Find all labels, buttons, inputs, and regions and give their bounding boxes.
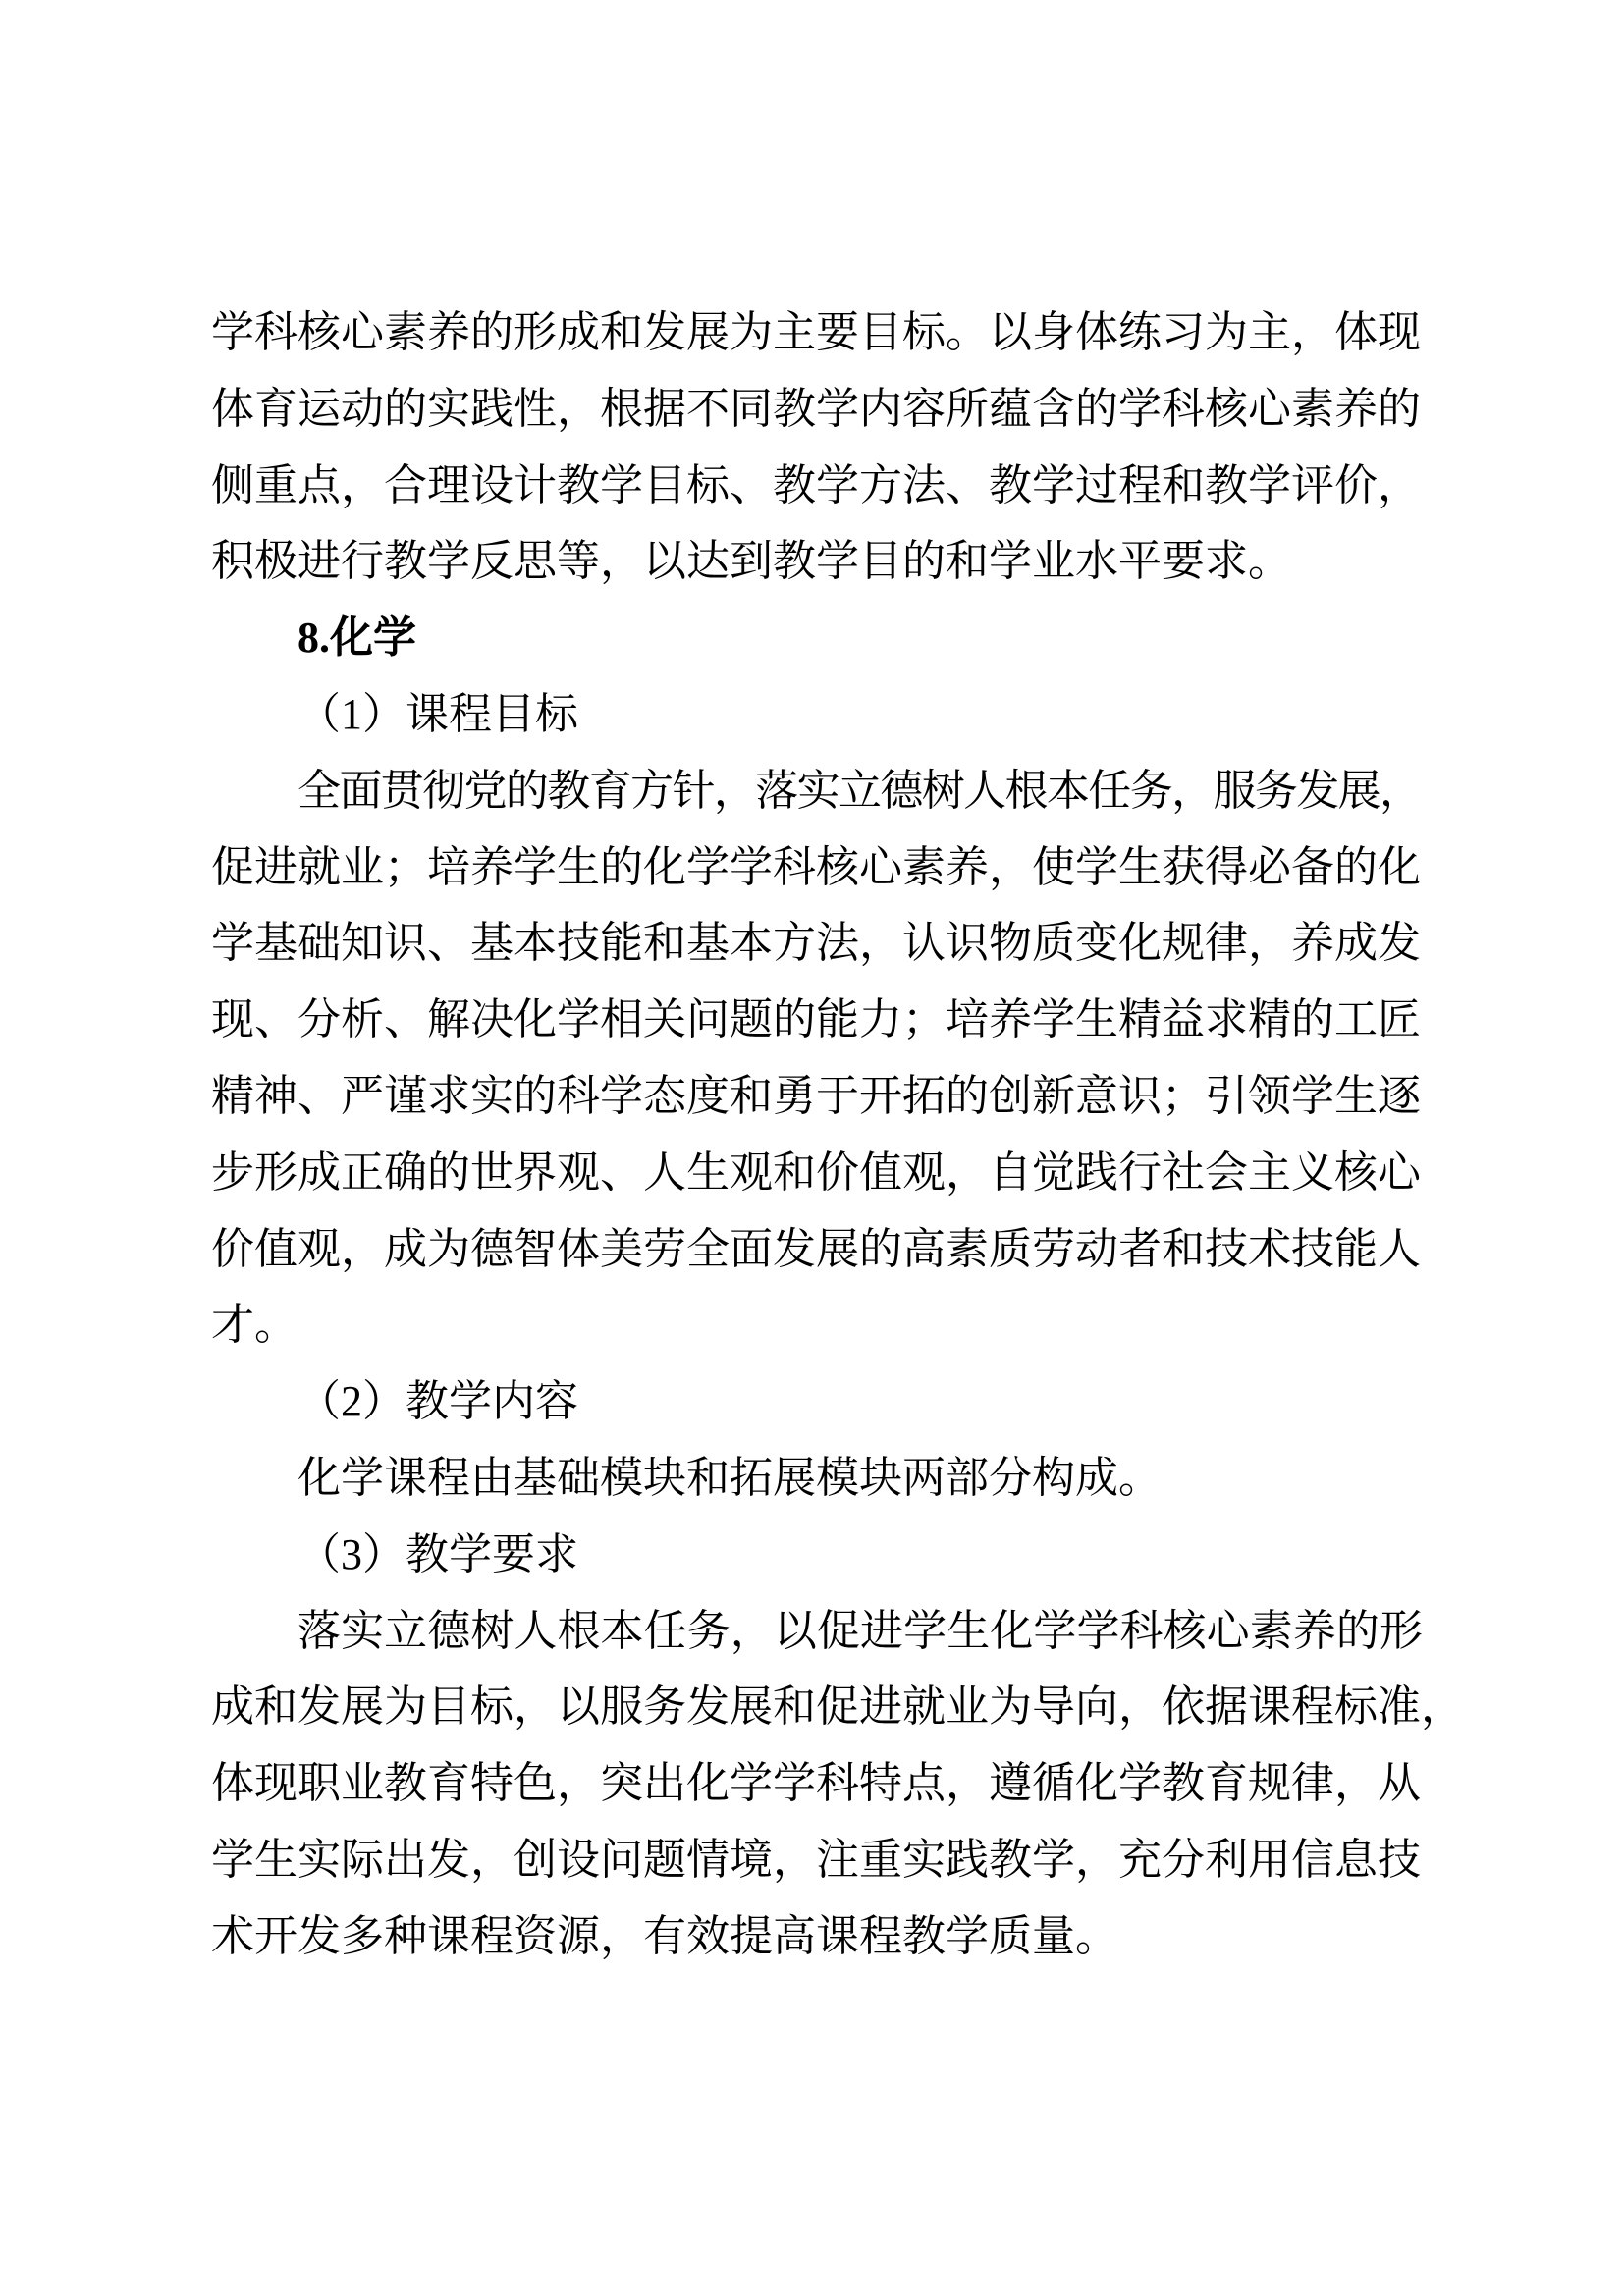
subsection-title-text: （1）课程目标 [211,676,1421,753]
text-line: 侧重点，合理设计教学目标、教学方法、教学过程和教学评价， [211,448,1421,524]
paragraph: 全面贯彻党的教育方针，落实立德树人根本任务，服务发展， 促进就业；培养学生的化学… [211,753,1421,1363]
text-line: 学科核心素养的形成和发展为主要目标。以身体练习为主，体现 [211,294,1421,371]
text-line: 步形成正确的世界观、人生观和价值观，自觉践行社会主义核心 [211,1135,1421,1211]
text-line: 促进就业；培养学生的化学学科核心素养，使学生获得必备的化 [211,829,1421,906]
section-heading-text: 8.化学 [211,600,1421,676]
text-line: 成和发展为目标，以服务发展和促进就业为导向，依据课程标准， [211,1669,1421,1745]
text-line: 积极进行教学反思等，以达到教学目的和学业水平要求。 [211,523,1421,600]
subsection-title: （1）课程目标 [211,676,1421,753]
text-line: 体育运动的实践性，根据不同教学内容所蕴含的学科核心素养的 [211,371,1421,448]
subsection-title-text: （2）教学内容 [211,1363,1421,1440]
text-line: 术开发多种课程资源，有效提高课程教学质量。 [211,1898,1421,1975]
subsection-title: （3）教学要求 [211,1517,1421,1593]
text-line: 现、分析、解决化学相关问题的能力；培养学生精益求精的工匠 [211,982,1421,1058]
document-page: 学科核心素养的形成和发展为主要目标。以身体练习为主，体现 体育运动的实践性，根据… [0,0,1624,2296]
paragraph: 化学课程由基础模块和拓展模块两部分构成。 [211,1440,1421,1517]
text-line: 价值观，成为德智体美劳全面发展的高素质劳动者和技术技能人 [211,1211,1421,1288]
text-line: 体现职业教育特色，突出化学学科特点，遵循化学教育规律，从 [211,1745,1421,1822]
text-line: 学基础知识、基本技能和基本方法，认识物质变化规律，养成发 [211,905,1421,982]
text-block: 学科核心素养的形成和发展为主要目标。以身体练习为主，体现 体育运动的实践性，根据… [211,294,1421,1975]
text-line: 全面贯彻党的教育方针，落实立德树人根本任务，服务发展， [211,753,1421,829]
paragraph: 学科核心素养的形成和发展为主要目标。以身体练习为主，体现 体育运动的实践性，根据… [211,294,1421,600]
subsection-title: （2）教学内容 [211,1363,1421,1440]
text-line: 化学课程由基础模块和拓展模块两部分构成。 [211,1440,1421,1517]
section-heading: 8.化学 [211,600,1421,676]
text-line: 精神、严谨求实的科学态度和勇于开拓的创新意识；引领学生逐 [211,1058,1421,1135]
text-line: 才。 [211,1287,1421,1363]
text-line: 学生实际出发，创设问题情境，注重实践教学，充分利用信息技 [211,1822,1421,1898]
paragraph: 落实立德树人根本任务，以促进学生化学学科核心素养的形 成和发展为目标，以服务发展… [211,1593,1421,1975]
subsection-title-text: （3）教学要求 [211,1517,1421,1593]
text-line: 落实立德树人根本任务，以促进学生化学学科核心素养的形 [211,1593,1421,1670]
